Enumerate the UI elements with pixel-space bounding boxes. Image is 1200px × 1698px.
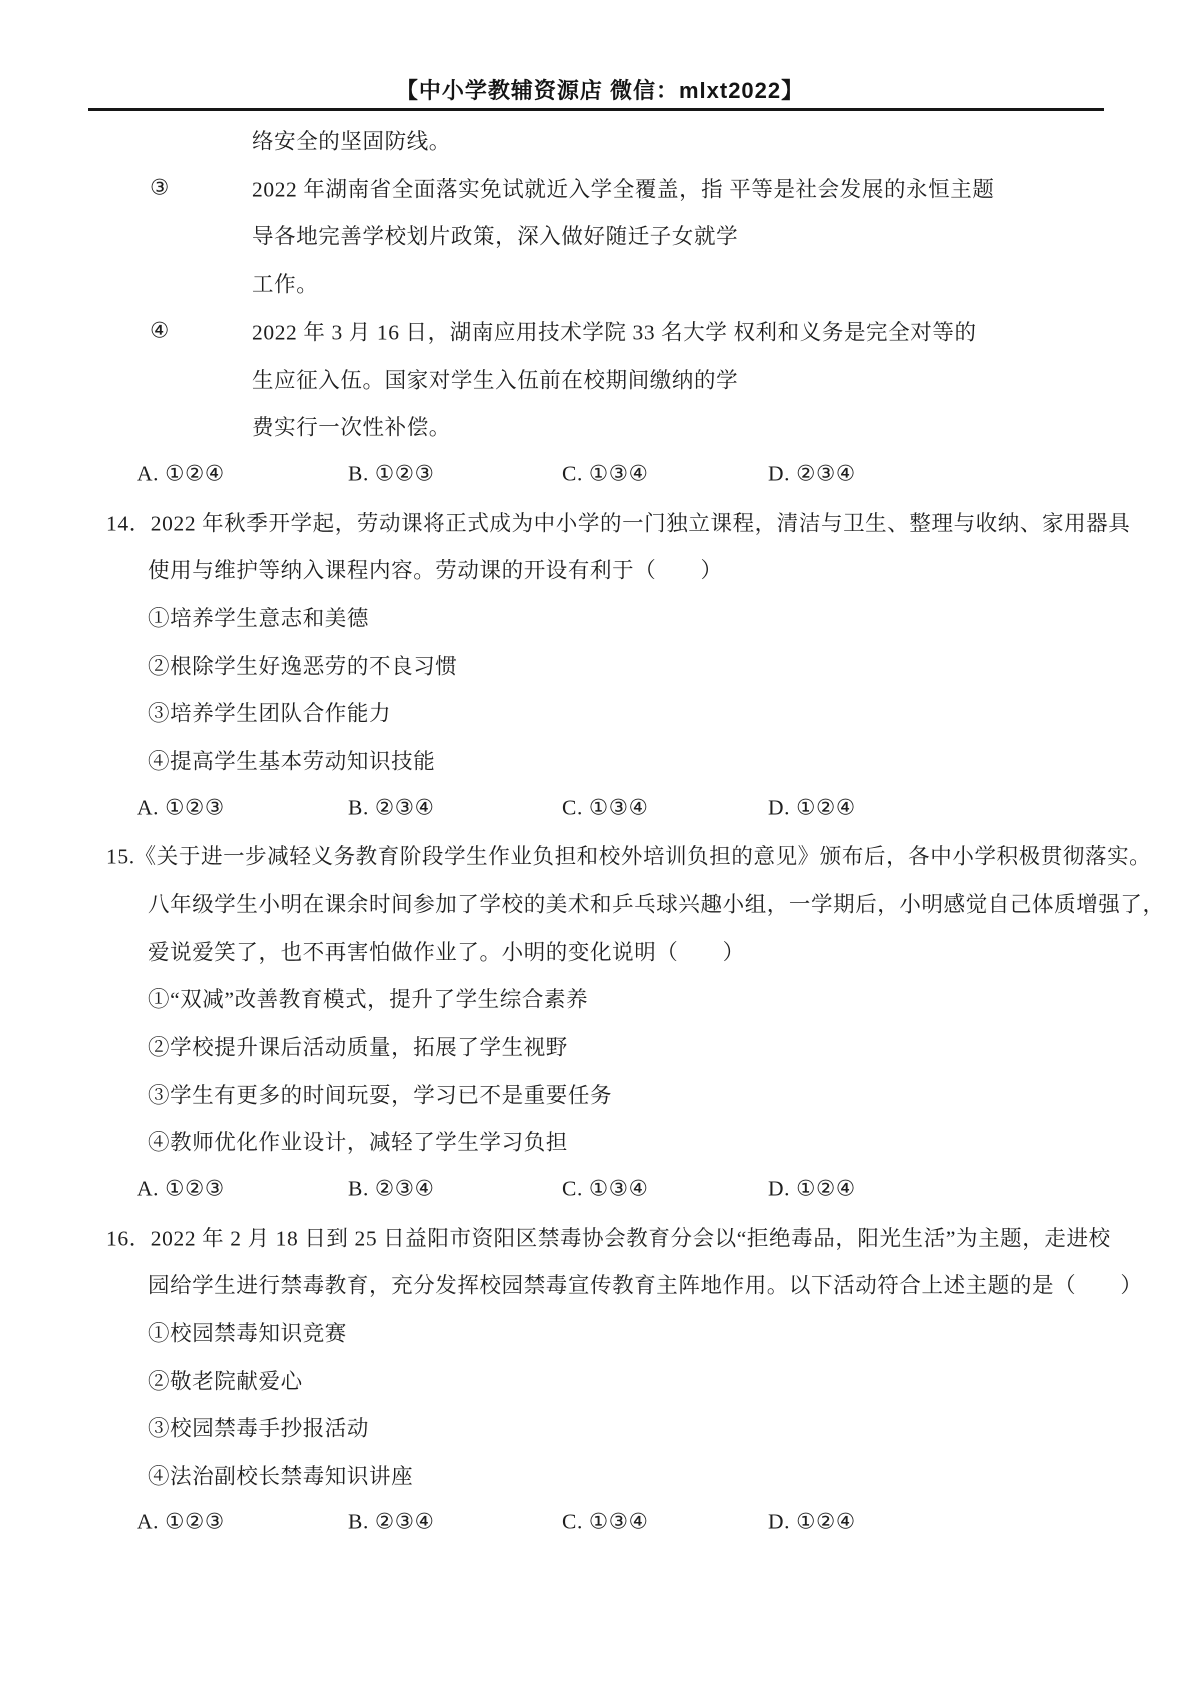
- q16-item-1: ①校园禁毒知识竞赛: [0, 1308, 1200, 1356]
- q16-option-c: C. ①③④: [562, 1510, 649, 1535]
- q16-options-row: A. ①②③ B. ②③④ C. ①③④ D. ①②④: [0, 1498, 1200, 1546]
- q15-item-4: ④教师优化作业设计，减轻了学生学习负担: [0, 1117, 1200, 1165]
- q13-item4-line3: 费实行一次性补偿。: [252, 411, 451, 442]
- q13-options-row: A. ①②④ B. ①②③ C. ①③④ D. ②③④: [0, 450, 1200, 498]
- q13-item4-line2: 生应征入伍。国家对学生入伍前在校期间缴纳的学: [252, 364, 738, 395]
- q13-item4-line1: 2022 年 3 月 16 日，湖南应用技术学院 33 名大学 权利和义务是完全…: [252, 316, 977, 347]
- q14-stem-line1: 14．2022 年秋季开学起，劳动课将正式成为中小学的一门独立课程，清洁与卫生、…: [0, 498, 1200, 546]
- q14-item-1: ①培养学生意志和美德: [0, 593, 1200, 641]
- q16-item-2-text: ②敬老院献爱心: [148, 1365, 303, 1396]
- header-watermark: 【中小学教辅资源店 微信：mlxt2022】: [0, 74, 1200, 105]
- q13-option-c: C. ①③④: [562, 462, 649, 487]
- q14-item-4-text: ④提高学生基本劳动知识技能: [148, 745, 435, 776]
- q13-option-a: A. ①②④: [137, 462, 225, 487]
- q15-item-1: ①“双减”改善教育模式，提升了学生综合素养: [0, 974, 1200, 1022]
- q16-item-2: ②敬老院献爱心: [0, 1356, 1200, 1404]
- q14-item-2: ②根除学生好逸恶劳的不良习惯: [0, 641, 1200, 689]
- q16-stem-text1: 16．2022 年 2 月 18 日到 25 日益阳市资阳区禁毒协会教育分会以“…: [106, 1222, 1111, 1253]
- q13-item3-line3: 工作。: [252, 268, 318, 299]
- q13-item4-row2: 生应征入伍。国家对学生入伍前在校期间缴纳的学: [0, 355, 1200, 403]
- q16-item-3-text: ③校园禁毒手抄报活动: [148, 1412, 369, 1443]
- q16-item-4-text: ④法治副校长禁毒知识讲座: [148, 1460, 413, 1491]
- q15-option-d: D. ①②④: [768, 1177, 856, 1202]
- q16-stem-line1: 16．2022 年 2 月 18 日到 25 日益阳市资阳区禁毒协会教育分会以“…: [0, 1213, 1200, 1261]
- header-divider: [88, 108, 1104, 111]
- q16-stem-text2: 园给学生进行禁毒教育，充分发挥校园禁毒宣传教育主阵地作用。以下活动符合上述主题的…: [148, 1269, 1143, 1300]
- q14-stem-text2: 使用与维护等纳入课程内容。劳动课的开设有利于（ ）: [148, 554, 723, 585]
- q16-option-b: B. ②③④: [348, 1510, 435, 1535]
- q15-item-2: ②学校提升课后活动质量，拓展了学生视野: [0, 1022, 1200, 1070]
- q13-option-b: B. ①②③: [348, 462, 435, 487]
- q15-options-row: A. ①②③ B. ②③④ C. ①③④ D. ①②④: [0, 1165, 1200, 1213]
- q16-option-d: D. ①②④: [768, 1510, 856, 1535]
- q15-stem-text1: 15.《关于进一步减轻义务教育阶段学生作业负担和校外培训负担的意见》颁布后，各中…: [106, 840, 1151, 871]
- q13-item4-marker: ④: [150, 319, 170, 344]
- q13-item4-row: ④ 2022 年 3 月 16 日，湖南应用技术学院 33 名大学 权利和义务是…: [0, 307, 1200, 355]
- q15-stem-text2: 八年级学生小明在课余时间参加了学校的美术和乒乓球兴趣小组，一学期后，小明感觉自己…: [148, 888, 1165, 919]
- q16-item-1-text: ①校园禁毒知识竞赛: [148, 1317, 347, 1348]
- q14-stem-text1: 14．2022 年秋季开学起，劳动课将正式成为中小学的一门独立课程，清洁与卫生、…: [106, 507, 1130, 538]
- q13-item4-row3: 费实行一次性补偿。: [0, 402, 1200, 450]
- q13-item3-row: ③ 2022 年湖南省全面落实免试就近入学全覆盖，指 平等是社会发展的永恒主题: [0, 164, 1200, 212]
- q15-item-3: ③学生有更多的时间玩耍，学习已不是重要任务: [0, 1070, 1200, 1118]
- q13-carry-line: 络安全的坚固防线。: [0, 116, 1200, 164]
- q15-item-2-text: ②学校提升课后活动质量，拓展了学生视野: [148, 1031, 568, 1062]
- q15-stem-text3: 爱说爱笑了，也不再害怕做作业了。小明的变化说明（ ）: [148, 936, 745, 967]
- q16-item-3: ③校园禁毒手抄报活动: [0, 1403, 1200, 1451]
- q15-option-b: B. ②③④: [348, 1177, 435, 1202]
- exam-page: 【中小学教辅资源店 微信：mlxt2022】 络安全的坚固防线。 ③ 2022 …: [0, 0, 1200, 1698]
- q16-stem-line2: 园给学生进行禁毒教育，充分发挥校园禁毒宣传教育主阵地作用。以下活动符合上述主题的…: [0, 1260, 1200, 1308]
- q15-stem-line3: 爱说爱笑了，也不再害怕做作业了。小明的变化说明（ ）: [0, 927, 1200, 975]
- q13-item3-row3: 工作。: [0, 259, 1200, 307]
- q15-item-3-text: ③学生有更多的时间玩耍，学习已不是重要任务: [148, 1079, 612, 1110]
- q14-options-row: A. ①②③ B. ②③④ C. ①③④ D. ①②④: [0, 784, 1200, 832]
- q13-option-d: D. ②③④: [768, 462, 856, 487]
- q16-option-a: A. ①②③: [137, 1510, 225, 1535]
- q14-option-a: A. ①②③: [137, 796, 225, 821]
- q13-item3-marker: ③: [150, 176, 170, 201]
- q13-item3-line1: 2022 年湖南省全面落实免试就近入学全覆盖，指 平等是社会发展的永恒主题: [252, 173, 994, 204]
- q14-stem-line2: 使用与维护等纳入课程内容。劳动课的开设有利于（ ）: [0, 545, 1200, 593]
- q15-item-1-text: ①“双减”改善教育模式，提升了学生综合素养: [148, 983, 588, 1014]
- q14-option-d: D. ①②④: [768, 796, 856, 821]
- q15-item-4-text: ④教师优化作业设计，减轻了学生学习负担: [148, 1126, 568, 1157]
- q14-item-1-text: ①培养学生意志和美德: [148, 602, 369, 633]
- q14-item-3: ③培养学生团队合作能力: [0, 688, 1200, 736]
- q15-option-a: A. ①②③: [137, 1177, 225, 1202]
- q14-item-4: ④提高学生基本劳动知识技能: [0, 736, 1200, 784]
- q14-item-3-text: ③培养学生团队合作能力: [148, 697, 391, 728]
- q13-item3-line2: 导各地完善学校划片政策，深入做好随迁子女就学: [252, 220, 738, 251]
- q14-option-b: B. ②③④: [348, 796, 435, 821]
- q15-stem-line2: 八年级学生小明在课余时间参加了学校的美术和乒乓球兴趣小组，一学期后，小明感觉自己…: [0, 879, 1200, 927]
- q15-stem-line1: 15.《关于进一步减轻义务教育阶段学生作业负担和校外培训负担的意见》颁布后，各中…: [0, 831, 1200, 879]
- q14-option-c: C. ①③④: [562, 796, 649, 821]
- q14-item-2-text: ②根除学生好逸恶劳的不良习惯: [148, 650, 457, 681]
- q13-carry-text: 络安全的坚固防线。: [252, 125, 451, 156]
- q13-item3-row2: 导各地完善学校划片政策，深入做好随迁子女就学: [0, 211, 1200, 259]
- q15-option-c: C. ①③④: [562, 1177, 649, 1202]
- q16-item-4: ④法治副校长禁毒知识讲座: [0, 1451, 1200, 1499]
